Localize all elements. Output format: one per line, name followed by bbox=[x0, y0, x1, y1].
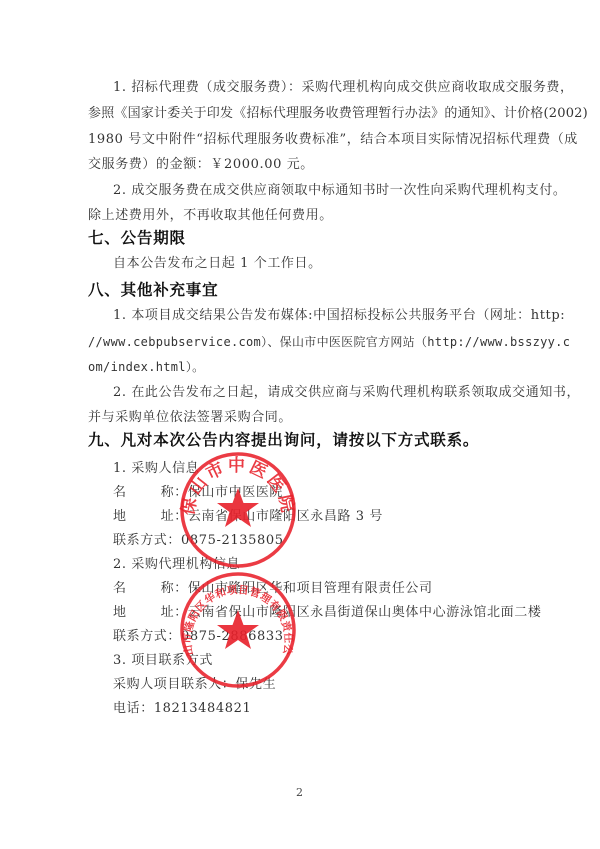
project-contact-person-row: 采购人项目联系人：保先生 bbox=[113, 677, 276, 693]
purchaser-address: 云南省保山市隆阳区永昌路 3 号 bbox=[188, 509, 383, 524]
section7-heading: 七、公告期限 bbox=[88, 229, 186, 247]
purchaser-name: 保山市中医医院 bbox=[188, 485, 283, 500]
section8-item1-text1: 1. 本项目成交结果公告发布媒体:中国招标投标公共服务平台（网址：http: bbox=[113, 308, 565, 323]
address-label-suffix: 址： bbox=[161, 605, 188, 620]
name-label: 名 bbox=[113, 581, 127, 596]
fee-item1-line4: 交服务费）的金额：￥2000.00 元。 bbox=[88, 157, 314, 173]
fee-item2-line1: 2. 成交服务费在成交供应商领取中标通知书时一次性向采购代理机构支付。 bbox=[113, 183, 567, 199]
project-contact-title: 3. 项目联系方式 bbox=[113, 653, 213, 669]
purchaser-contact: 0875-2135805 bbox=[181, 533, 284, 548]
document-page: 1. 招标代理费（成交服务费）：采购代理机构向成交供应商收取成交服务费， 参照《… bbox=[0, 0, 600, 849]
section8-item2-line1: 2. 在此公告发布之日起，请成交供应商与采购代理机构联系领取成交通知书， bbox=[113, 385, 580, 401]
agency-title: 2. 采购代理机构信息 bbox=[113, 557, 240, 573]
section7-body: 自本公告发布之日起 1 个工作日。 bbox=[113, 256, 322, 272]
agency-address-row: 地址：云南省保山市隆阳区永昌街道保山奥体中心游泳馆北面二楼 bbox=[113, 605, 541, 621]
purchaser-title: 1. 采购人信息 bbox=[113, 461, 199, 477]
page-number: 2 bbox=[296, 786, 303, 799]
section8-item1-line3: om/index.html）。 bbox=[88, 359, 204, 375]
agency-contact-row: 联系方式：0875-2886833 bbox=[113, 629, 284, 645]
purchaser-name-row: 名称：保山市中医医院 bbox=[113, 485, 283, 501]
agency-address: 云南省保山市隆阳区永昌街道保山奥体中心游泳馆北面二楼 bbox=[188, 605, 542, 620]
person-label: 采购人项目联系人： bbox=[113, 677, 235, 692]
address-label: 地 bbox=[113, 509, 127, 524]
project-contact-phone-row: 电话：18213484821 bbox=[113, 701, 251, 717]
purchaser-address-row: 地址：云南省保山市隆阳区永昌路 3 号 bbox=[113, 509, 383, 525]
address-label: 地 bbox=[113, 605, 127, 620]
name-label: 名 bbox=[113, 485, 127, 500]
fee-item1-line2: 参照《国家计委关于印发《招标代理服务收费管理暂行办法》的通知》、计价格(2002… bbox=[88, 106, 588, 122]
contact-label: 联系方式： bbox=[113, 533, 181, 548]
name-label-suffix: 称： bbox=[161, 581, 188, 596]
section8-heading: 八、其他补充事宜 bbox=[88, 281, 218, 299]
fee-item2-line2: 除上述费用外，不再收取其他任何费用。 bbox=[88, 208, 333, 224]
phone-label: 电话： bbox=[113, 701, 154, 716]
agency-contact: 0875-2886833 bbox=[181, 629, 284, 644]
fee-item1-line1: 1. 招标代理费（成交服务费）：采购代理机构向成交供应商收取成交服务费， bbox=[113, 80, 574, 96]
name-label-suffix: 称： bbox=[161, 485, 188, 500]
section9-heading: 九、凡对本次公告内容提出询问，请按以下方式联系。 bbox=[88, 431, 479, 449]
address-label-suffix: 址： bbox=[161, 509, 188, 524]
section8-item2-line2: 并与采购单位依法签署采购合同。 bbox=[88, 410, 292, 426]
section8-item1-line2: //www.cebpubservice.com）、保山市中医医院官方网站（htt… bbox=[88, 334, 570, 350]
fee-item1-line3: 1980 号文中附件“招标代理服务收费标准”，结合本项目实际情况招标代理费（成 bbox=[88, 132, 578, 148]
purchaser-contact-row: 联系方式：0875-2135805 bbox=[113, 533, 284, 549]
section8-item1-line1: 1. 本项目成交结果公告发布媒体:中国招标投标公共服务平台（网址：http: bbox=[113, 308, 565, 324]
contact-label: 联系方式： bbox=[113, 629, 181, 644]
agency-name: 保山市隆阳区华和项目管理有限责任公司 bbox=[188, 581, 433, 596]
project-contact-phone: 18213484821 bbox=[154, 701, 252, 716]
agency-name-row: 名称：保山市隆阳区华和项目管理有限责任公司 bbox=[113, 581, 433, 597]
project-contact-person: 保先生 bbox=[235, 677, 276, 692]
